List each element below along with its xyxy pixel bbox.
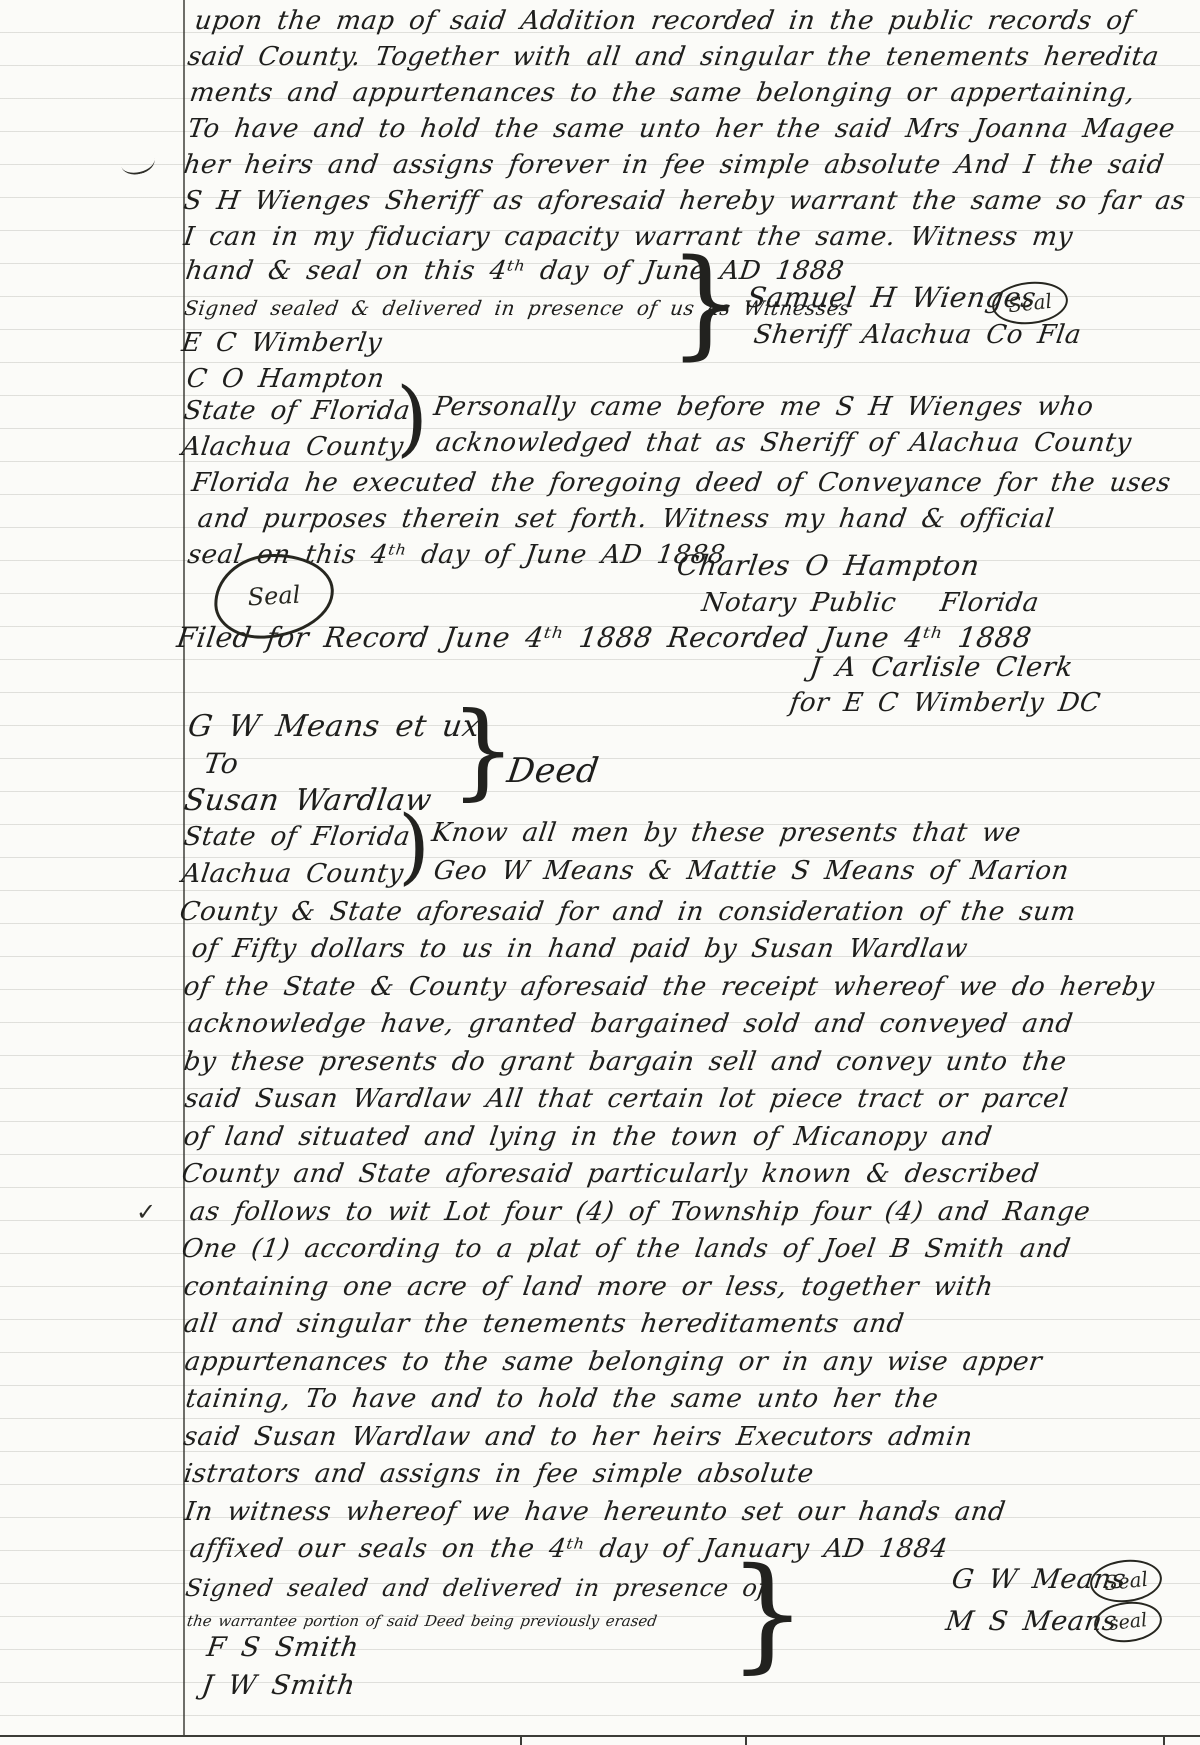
deed1-clerk-signature: J A Carlisle Clerk xyxy=(808,654,1075,681)
margin-check-mark: ✓ xyxy=(136,1198,156,1226)
deed2-body-14: all and singular the tenements hereditam… xyxy=(182,1311,906,1337)
deed1-body-6: S H Wienges Sheriff as aforesaid hereby … xyxy=(182,188,1187,214)
deed2-body-17: said Susan Wardlaw and to her heirs Exec… xyxy=(182,1424,974,1450)
deed1-ack-county: Alachua County xyxy=(180,434,405,460)
deed1-ack-2: acknowledged that as Sheriff of Alachua … xyxy=(434,430,1133,456)
deed1-body-2: said County. Together with all and singu… xyxy=(186,44,1161,70)
deed1-body-3: ments and appurtenances to the same belo… xyxy=(188,80,1137,106)
deed2-body-5: of the State & County aforesaid the rece… xyxy=(182,974,1156,1000)
bottom-rule-tick-1 xyxy=(520,1735,522,1745)
deed2-state: State of Florida xyxy=(182,824,412,850)
deed2-attestation: Signed sealed and delivered in presence … xyxy=(184,1576,769,1600)
deed1-body-7: I can in my fiduciary capacity warrant t… xyxy=(182,224,1075,250)
deed1-witness-brace: } xyxy=(668,252,743,352)
deed1-body-8: hand & seal on this 4ᵗʰ day of June AD 1… xyxy=(184,258,846,284)
deed2-body-12: One (1) according to a plat of the lands… xyxy=(180,1236,1072,1262)
deed2-caption-brace: } xyxy=(450,706,516,794)
deed2-body-19: In witness whereof we have hereunto set … xyxy=(183,1499,1007,1525)
deed2-witness-brace: } xyxy=(728,1562,807,1667)
bottom-rule-tick-2 xyxy=(745,1735,747,1745)
deed1-body-5: her heirs and assigns forever in fee sim… xyxy=(182,152,1166,178)
deed2-caption-to: To xyxy=(202,750,240,778)
deed2-body-8: said Susan Wardlaw All that certain lot … xyxy=(183,1086,1070,1112)
deed2-caption-grantor: G W Means et ux xyxy=(186,712,482,742)
deed1-ack-state: State of Florida xyxy=(182,398,412,424)
deed1-signature-wienges-title: Sheriff Alachua Co Fla xyxy=(752,322,1083,348)
deed1-body-1: upon the map of said Addition recorded i… xyxy=(193,8,1135,34)
deed2-caption-grantee: Susan Wardlaw xyxy=(182,786,434,816)
deed2-body-16: taining, To have and to hold the same un… xyxy=(184,1386,940,1412)
deed1-ack-brace: ) xyxy=(396,384,428,454)
deed2-caption-type: Deed xyxy=(505,754,601,788)
deed2-body-6: acknowledge have, granted bargained sold… xyxy=(186,1011,1075,1037)
deed2-body-10: County and State aforesaid particularly … xyxy=(180,1161,1041,1187)
deed2-body-3: County & State aforesaid for and in cons… xyxy=(178,899,1078,925)
deed1-notary-title: Notary Public Florida xyxy=(700,590,1041,616)
deed1-ack-1: Personally came before me S H Wienges wh… xyxy=(432,394,1095,420)
document-page: upon the map of said Addition recorded i… xyxy=(0,0,1200,1745)
deed2-erasure-note: the warrantee portion of said Deed being… xyxy=(186,1614,658,1629)
deed1-witness-wimberly: E C Wimberly xyxy=(180,330,384,356)
deed1-witness-hampton: C O Hampton xyxy=(185,366,386,392)
deed2-body-4: of Fifty dollars to us in hand paid by S… xyxy=(190,936,969,962)
deed2-body-20: affixed our seals on the 4ᵗʰ day of Janu… xyxy=(188,1536,949,1562)
deed2-body-7: by these presents do grant bargain sell … xyxy=(182,1049,1068,1075)
deed1-notary-signature: Charles O Hampton xyxy=(675,552,981,580)
deed1-ack-3: Florida he executed the foregoing deed o… xyxy=(190,470,1172,496)
margin-dash-mark xyxy=(121,156,157,178)
deed2-witness-fs-smith: F S Smith xyxy=(205,1634,361,1661)
page-bottom-rule xyxy=(0,1735,1200,1737)
bottom-rule-tick-3 xyxy=(1163,1735,1165,1745)
deed2-county: Alachua County xyxy=(180,861,405,887)
deed1-ack-4: and purposes therein set forth. Witness … xyxy=(196,506,1056,532)
deed1-clerk-deputy: for E C Wimberly DC xyxy=(788,690,1102,716)
deed2-body-13: containing one acre of land more or less… xyxy=(182,1274,995,1300)
deed2-body-18: istrators and assigns in fee simple abso… xyxy=(182,1461,815,1487)
deed2-body-15: appurtenances to the same belonging or i… xyxy=(183,1349,1044,1375)
deed2-ack-brace: ) xyxy=(398,812,430,882)
deed2-witness-jw-smith: J W Smith xyxy=(200,1672,357,1699)
deed2-body-2: Geo W Means & Mattie S Means of Marion xyxy=(432,858,1071,884)
deed2-body-11: as follows to wit Lot four (4) of Townsh… xyxy=(188,1199,1092,1225)
deed2-body-9: of land situated and lying in the town o… xyxy=(182,1124,994,1150)
deed1-body-4: To have and to hold the same unto her th… xyxy=(186,116,1177,142)
deed2-body-1: Know all men by these presents that we xyxy=(430,820,1023,846)
deed2-signature-msmeans: M S Means xyxy=(944,1608,1119,1635)
